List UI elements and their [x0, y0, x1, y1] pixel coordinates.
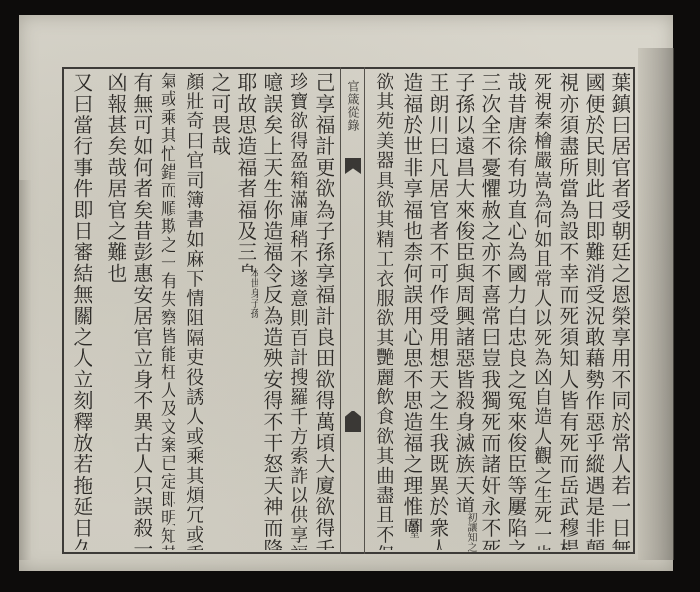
- text-column-right-3: 視亦須盡所當為設不幸而死須知人皆有死而岳武穆楊繼盛之: [558, 72, 578, 550]
- text-column-right-8: 王朗川曰凡居官者不可作受用想天之生我既異於衆人實望我: [428, 72, 448, 550]
- text-column-right-9: 造福於世非享福也柰何誤用心思不思造福之理惟圖享福之計: [402, 72, 422, 532]
- text-column-left-3: 噫誤矣上天生你造福令反為造殃安得不干怒天神而降之以禍: [262, 72, 282, 550]
- text-column-left-10: 又曰當行事件即日審結無關之人立刻釋放若拖延日久則在案多: [72, 72, 92, 550]
- text-column-left-1: 己享福計更欲為子孫享福計良田欲得萬頃大廈欲得千間金帛: [314, 72, 334, 550]
- center-spine: [340, 67, 365, 554]
- text-column-left-8: 有無可如何者矣昔彭惠安居官立身不異古人只誤殺一孝子遂獲: [132, 72, 152, 550]
- page-edge-left: [19, 180, 31, 560]
- text-column-right-5: 哉昔唐徐有功直心為國力白忠良之冤來俊臣等屢陷之坐斬: [506, 72, 526, 550]
- spine-title: 官箴從錄: [343, 80, 362, 132]
- text-column-right-10: 欲其苑美器具欲其精工衣服欲其艷麗飲食欲其曲盡且不但為自: [374, 72, 393, 550]
- text-column-right-1: 葉鎮曰居官者受朝廷之恩榮享用不同於常人若一日無一事益於: [610, 72, 630, 550]
- text-column-right-4: 死視秦檜嚴嵩為何如且常人以死為凶自造人觀之生死一也何足畏: [532, 72, 551, 550]
- annotation-note: 本世身子孫: [238, 268, 258, 328]
- text-column-left-6: 顏壯奇曰官司簿書如麻下情阻隔吏役誘人或乘其煩冗或乘其怒: [184, 72, 203, 550]
- annotation-note: 居室: [407, 518, 417, 538]
- text-column-left-4: 耶故思造福者福及三身恩享福者如電光之過雷即乘: [236, 72, 256, 272]
- text-column-right-2: 國便於民則此日即難消受況敢藉勢作惡乎縱遇是非顛倒忠奸互: [584, 72, 604, 550]
- page-edge-right: [638, 48, 674, 560]
- text-column-left-7: 氣或乘其忙錯而順欺之一有失察皆能枉人及文案已定即明知其枉而: [158, 72, 175, 550]
- annotation-note: 初讓知之: [455, 512, 475, 552]
- text-column-right-6: 三次全不憂懼赦之亦不喜常曰豈我獨死而諸奸永不死耶後其: [480, 72, 500, 550]
- text-column-right-7: 子孫以遠昌大來俊臣與周興諸惡皆殺身滅族天道好還其: [454, 72, 474, 512]
- text-column-left-2: 珍寶欲得盈箱滿庫稍不遂意則百計搜羅千方索詐以供享福之用: [288, 72, 307, 550]
- text-column-left-9: 凶報甚矣哉居官之難也: [106, 72, 126, 550]
- text-column-left-5: 之可畏哉: [210, 72, 230, 550]
